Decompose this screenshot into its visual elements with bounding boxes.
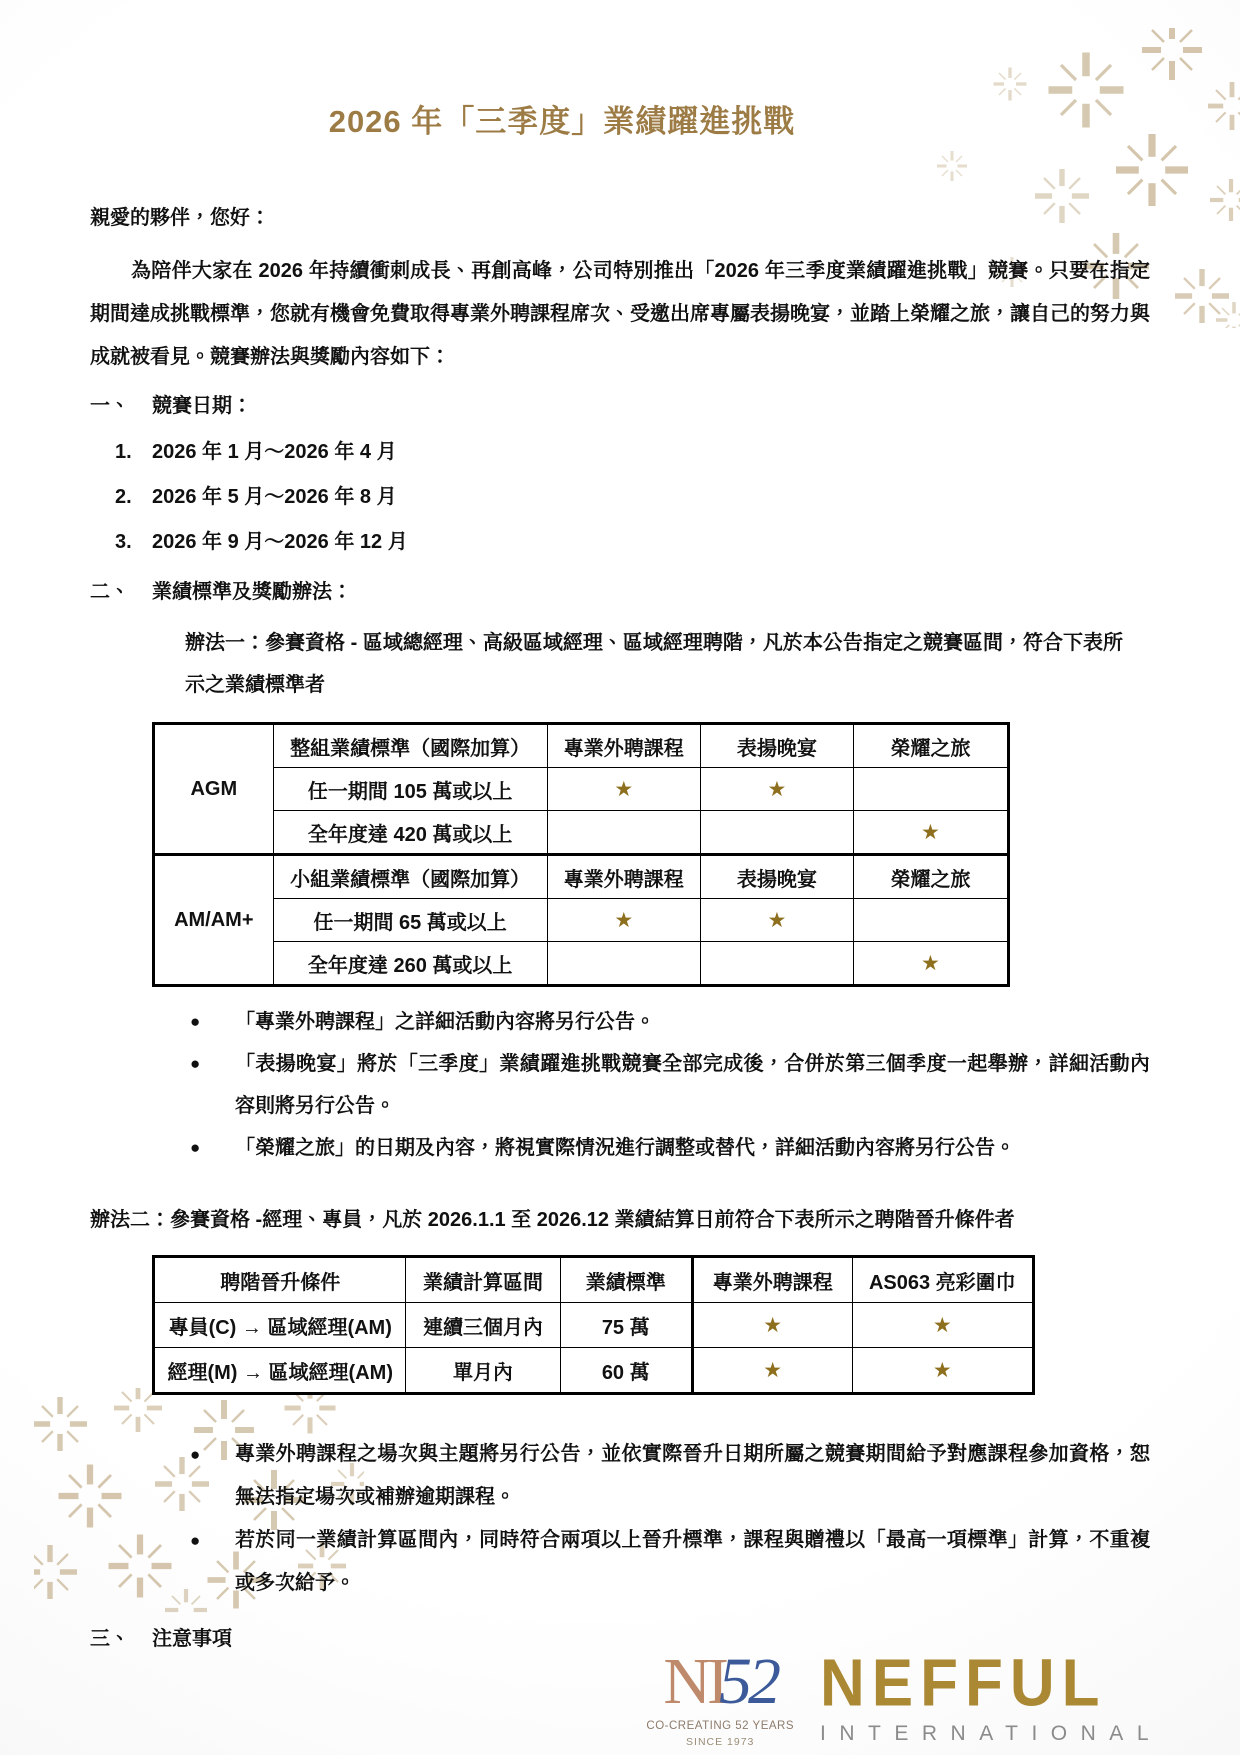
standard-cell: 60 萬 xyxy=(560,1348,692,1394)
section-number: 二、 xyxy=(90,581,130,603)
table-row: 任一期間 105 萬或以上 ★ ★ xyxy=(154,768,1009,811)
period-cell: 連續三個月內 xyxy=(406,1303,560,1348)
header-cell: 業績計算區間 xyxy=(406,1257,560,1303)
star-cell xyxy=(853,899,1008,942)
bullet-item: ● 「專業外聘課程」之詳細活動內容將另行公告。 xyxy=(90,1001,1150,1043)
star-cell: ★ xyxy=(853,811,1008,855)
promotion-cell: 經理(M) → 區域經理(AM) xyxy=(154,1348,406,1394)
footer-logos: NI52 CO-CREATING 52 YEARS SINCE 1973 NEF… xyxy=(646,1649,1162,1747)
header-cell: 專業外聘課程 xyxy=(692,1257,852,1303)
document-content: 2026 年「三季度」業績躍進挑戰 親愛的夥伴，您好： 為陪伴大家在 2026 … xyxy=(0,96,1240,1661)
table-row: AM/AM+ 小組業績標準（國際加算） 專業外聘課程 表揚晚宴 榮耀之旅 xyxy=(154,855,1009,899)
method2-intro: 辦法二：參賽資格 -經理、專員，凡於 2026.1.1 至 2026.12 業績… xyxy=(90,1199,1128,1241)
section-number: 三、 xyxy=(90,1628,130,1650)
bullet-text: 「表揚晚宴」將於「三季度」業績躍進挑戰競賽全部完成後，合併於第三個季度一起舉辦，… xyxy=(235,1043,1150,1127)
star-cell xyxy=(700,811,853,855)
star-cell: ★ xyxy=(700,899,853,942)
star-cell: ★ xyxy=(700,768,853,811)
ni52-tagline: CO-CREATING 52 YEARS xyxy=(646,1721,794,1733)
table-row: 任一期間 65 萬或以上 ★ ★ xyxy=(154,899,1009,942)
header-cell: 聘階晉升條件 xyxy=(154,1257,406,1303)
bullet-icon: ● xyxy=(190,1519,235,1605)
method2-notes-list: ● 專業外聘課程之場次與主題將另行公告，並依實際晉升日期所屬之競賽期間給予對應課… xyxy=(90,1433,1150,1605)
criteria-cell: 任一期間 65 萬或以上 xyxy=(273,899,547,942)
method1-reward-table: AGM 整組業績標準（國際加算） 專業外聘課程 表揚晚宴 榮耀之旅 任一期間 1… xyxy=(152,722,1010,987)
section-heading-dates: 一、競賽日期： xyxy=(90,384,1150,428)
ni52-prefix: NI xyxy=(663,1645,725,1718)
header-cell: 小組業績標準（國際加算） xyxy=(273,855,547,899)
star-cell: ★ xyxy=(852,1348,1033,1394)
method2-promotion-table: 聘階晉升條件 業績計算區間 業績標準 專業外聘課程 AS063 亮彩圍巾 專員(… xyxy=(152,1255,1035,1395)
header-cell: 專業外聘課程 xyxy=(547,724,700,768)
star-cell: ★ xyxy=(853,942,1008,986)
bullet-item: ● 「榮耀之旅」的日期及內容，將視實際情況進行調整或替代，詳細活動內容將另行公告… xyxy=(90,1127,1150,1169)
star-cell: ★ xyxy=(547,768,700,811)
header-cell: 業績標準 xyxy=(560,1257,692,1303)
table-row: 專員(C) → 區域經理(AM) 連續三個月內 75 萬 ★ ★ xyxy=(154,1303,1034,1348)
ni52-since: SINCE 1973 xyxy=(646,1737,794,1748)
criteria-cell: 任一期間 105 萬或以上 xyxy=(273,768,547,811)
header-cell: 榮耀之旅 xyxy=(853,724,1008,768)
star-cell xyxy=(547,811,700,855)
group-label-cell: AM/AM+ xyxy=(154,855,274,986)
list-item-number: 3. xyxy=(115,520,152,565)
document-page: 2026 年「三季度」業績躍進挑戰 親愛的夥伴，您好： 為陪伴大家在 2026 … xyxy=(0,0,1240,1755)
header-cell: 榮耀之旅 xyxy=(853,855,1008,899)
table-row: 經理(M) → 區域經理(AM) 單月內 60 萬 ★ ★ xyxy=(154,1348,1034,1394)
nefful-wordmark: NEFFUL xyxy=(820,1650,1107,1717)
table-row: 全年度達 420 萬或以上 ★ xyxy=(154,811,1009,855)
section-title: 業績標準及獎勵辦法： xyxy=(152,581,352,603)
list-item-text: 2026 年 5 月～2026 年 8 月 xyxy=(152,475,397,520)
bullet-item: ● 「表揚晚宴」將於「三季度」業績躍進挑戰競賽全部完成後，合併於第三個季度一起舉… xyxy=(90,1043,1150,1127)
list-item-text: 2026 年 9 月～2026 年 12 月 xyxy=(152,520,408,565)
period-cell: 單月內 xyxy=(406,1348,560,1394)
ni52-anniversary-logo: NI52 CO-CREATING 52 YEARS SINCE 1973 xyxy=(646,1649,794,1747)
star-cell: ★ xyxy=(692,1303,852,1348)
list-item: 3. 2026 年 9 月～2026 年 12 月 xyxy=(90,520,1150,565)
section-number: 一、 xyxy=(90,395,130,417)
section-heading-standards: 二、業績標準及獎勵辦法： xyxy=(90,570,1150,614)
nefful-international-label: INTERNATIONAL xyxy=(820,1723,1162,1744)
bullet-icon: ● xyxy=(190,1433,235,1519)
bullet-text: 「榮耀之旅」的日期及內容，將視實際情況進行調整或替代，詳細活動內容將另行公告。 xyxy=(235,1127,1150,1169)
star-cell: ★ xyxy=(852,1303,1033,1348)
table-row: 聘階晉升條件 業績計算區間 業績標準 專業外聘課程 AS063 亮彩圍巾 xyxy=(154,1257,1034,1303)
table-row: 全年度達 260 萬或以上 ★ xyxy=(154,942,1009,986)
list-item-number: 1. xyxy=(115,430,152,475)
list-item-text: 2026 年 1 月～2026 年 4 月 xyxy=(152,430,397,475)
bullet-icon: ● xyxy=(190,1043,235,1127)
page-title: 2026 年「三季度」業績躍進挑戰 xyxy=(32,96,1092,141)
header-cell: 表揚晚宴 xyxy=(700,855,853,899)
list-item: 2. 2026 年 5 月～2026 年 8 月 xyxy=(90,475,1150,520)
table-row: AGM 整組業績標準（國際加算） 專業外聘課程 表揚晚宴 榮耀之旅 xyxy=(154,724,1009,768)
ni52-wordmark: NI52 xyxy=(646,1649,794,1715)
method1-notes-list: ● 「專業外聘課程」之詳細活動內容將另行公告。 ● 「表揚晚宴」將於「三季度」業… xyxy=(90,1001,1150,1169)
header-cell: AS063 亮彩圍巾 xyxy=(852,1257,1033,1303)
star-cell xyxy=(700,942,853,986)
bullet-text: 「專業外聘課程」之詳細活動內容將另行公告。 xyxy=(235,1001,1150,1043)
header-cell: 整組業績標準（國際加算） xyxy=(273,724,547,768)
criteria-cell: 全年度達 420 萬或以上 xyxy=(273,811,547,855)
star-cell: ★ xyxy=(692,1348,852,1394)
star-cell xyxy=(853,768,1008,811)
promotion-cell: 專員(C) → 區域經理(AM) xyxy=(154,1303,406,1348)
ni52-number: 52 xyxy=(719,1645,777,1718)
standard-cell: 75 萬 xyxy=(560,1303,692,1348)
header-cell: 專業外聘課程 xyxy=(547,855,700,899)
list-item-number: 2. xyxy=(115,475,152,520)
greeting-line: 親愛的夥伴，您好： xyxy=(90,201,1150,230)
bullet-icon: ● xyxy=(190,1127,235,1169)
competition-date-list: 1. 2026 年 1 月～2026 年 4 月 2. 2026 年 5 月～2… xyxy=(90,430,1150,565)
bullet-item: ● 專業外聘課程之場次與主題將另行公告，並依實際晉升日期所屬之競賽期間給予對應課… xyxy=(90,1433,1150,1519)
star-cell: ★ xyxy=(547,899,700,942)
bullet-text: 若於同一業績計算區間內，同時符合兩項以上晉升標準，課程與贈禮以「最高一項標準」計… xyxy=(235,1519,1150,1605)
criteria-cell: 全年度達 260 萬或以上 xyxy=(273,942,547,986)
list-item: 1. 2026 年 1 月～2026 年 4 月 xyxy=(90,430,1150,475)
bullet-item: ● 若於同一業績計算區間內，同時符合兩項以上晉升標準，課程與贈禮以「最高一項標準… xyxy=(90,1519,1150,1605)
group-label-cell: AGM xyxy=(154,724,274,855)
intro-paragraph: 為陪伴大家在 2026 年持續衝刺成長、再創高峰，公司特別推出「2026 年三季… xyxy=(90,250,1150,379)
section-title: 競賽日期： xyxy=(152,395,252,417)
bullet-text: 專業外聘課程之場次與主題將另行公告，並依實際晉升日期所屬之競賽期間給予對應課程參… xyxy=(235,1433,1150,1519)
star-cell xyxy=(547,942,700,986)
bullet-icon: ● xyxy=(190,1001,235,1043)
nefful-logo: NEFFUL INTERNATIONAL xyxy=(820,1653,1162,1744)
header-cell: 表揚晚宴 xyxy=(700,724,853,768)
method1-intro: 辦法一：參賽資格 - 區域總經理、高級區域經理、區域經理聘階，凡於本公告指定之競… xyxy=(185,622,1123,706)
section-title: 注意事項 xyxy=(152,1628,232,1650)
